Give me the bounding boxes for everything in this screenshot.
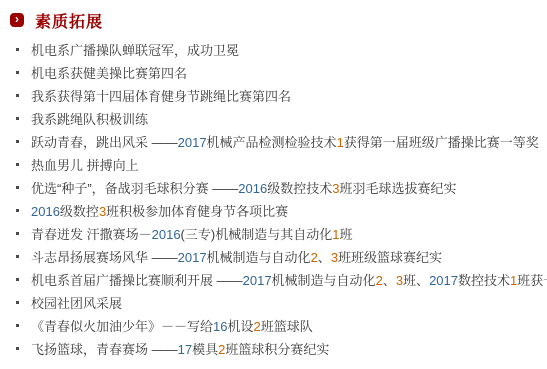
square-bullet-icon bbox=[16, 347, 19, 350]
list-item-text: 我系获得第十四届体育健身节跳绳比赛第四名 bbox=[31, 86, 291, 105]
list-item[interactable]: 《青春似火加油少年》－－写给16机设2班篮球队 bbox=[0, 314, 547, 337]
list-item-text: 《青春似火加油少年》－－写给16机设2班篮球队 bbox=[31, 316, 313, 335]
section-arrow-icon: › bbox=[10, 13, 24, 27]
page: › 素质拓展 机电系广播操队蝉联冠军，成功卫冕机电系获健美操比赛第四名我系获得第… bbox=[0, 0, 547, 369]
list-item[interactable]: 优选“种子”，备战羽毛球积分赛 ——2016级数控技术3班羽毛球选拔赛纪实 bbox=[0, 176, 547, 199]
list-item-text: 机电系获健美操比赛第四名 bbox=[31, 63, 187, 82]
arrow-right-glyph: › bbox=[15, 13, 19, 25]
list-item-text: 斗志昂扬展赛场风华 ——2017机械制造与自动化2、3班班级篮球赛纪实 bbox=[31, 247, 442, 266]
square-bullet-icon bbox=[16, 301, 19, 304]
list-item[interactable]: 青春迸发 汗撒赛场－2016(三专)机械制造与其自动化1班 bbox=[0, 222, 547, 245]
section-title: 素质拓展 bbox=[35, 9, 103, 32]
list-item[interactable]: 斗志昂扬展赛场风华 ——2017机械制造与自动化2、3班班级篮球赛纪实 bbox=[0, 245, 547, 268]
article-list: 机电系广播操队蝉联冠军，成功卫冕机电系获健美操比赛第四名我系获得第十四届体育健身… bbox=[0, 38, 547, 360]
list-item-text: 青春迸发 汗撒赛场－2016(三专)机械制造与其自动化1班 bbox=[31, 224, 352, 243]
list-item-text: 跃动青春，跳出风采 ——2017机械产品检测检验技术1获得第一届班级广播操比赛一… bbox=[31, 132, 539, 151]
square-bullet-icon bbox=[16, 140, 19, 143]
list-item[interactable]: 机电系获健美操比赛第四名 bbox=[0, 61, 547, 84]
list-item-text: 飞扬篮球，青春赛场 ——17模具2班篮球积分赛纪实 bbox=[31, 339, 329, 358]
list-item-text: 2016级数控3班积极参加体育健身节各项比赛 bbox=[31, 201, 288, 220]
list-item[interactable]: 校园社团风采展 bbox=[0, 291, 547, 314]
list-item[interactable]: 2016级数控3班积极参加体育健身节各项比赛 bbox=[0, 199, 547, 222]
list-item-text: 我系跳绳队积极训练 bbox=[31, 109, 148, 128]
list-item[interactable]: 我系跳绳队积极训练 bbox=[0, 107, 547, 130]
square-bullet-icon bbox=[16, 278, 19, 281]
list-item[interactable]: 我系获得第十四届体育健身节跳绳比赛第四名 bbox=[0, 84, 547, 107]
list-item-text: 优选“种子”，备战羽毛球积分赛 ——2016级数控技术3班羽毛球选拔赛纪实 bbox=[31, 178, 456, 197]
square-bullet-icon bbox=[16, 255, 19, 258]
square-bullet-icon bbox=[16, 186, 19, 189]
list-item[interactable]: 飞扬篮球，青春赛场 ——17模具2班篮球积分赛纪实 bbox=[0, 337, 547, 360]
list-item[interactable]: 机电系广播操队蝉联冠军，成功卫冕 bbox=[0, 38, 547, 61]
square-bullet-icon bbox=[16, 117, 19, 120]
square-bullet-icon bbox=[16, 209, 19, 212]
list-item-text: 机电系广播操队蝉联冠军，成功卫冕 bbox=[31, 40, 239, 59]
list-item[interactable]: 热血男儿 拼搏向上 bbox=[0, 153, 547, 176]
section-header: › 素质拓展 bbox=[0, 10, 547, 30]
square-bullet-icon bbox=[16, 71, 19, 74]
list-item-text: 机电系首届广播操比赛顺利开展 ——2017机械制造与自动化2、3班、2017数控… bbox=[31, 270, 547, 289]
square-bullet-icon bbox=[16, 232, 19, 235]
square-bullet-icon bbox=[16, 48, 19, 51]
list-item-text: 校园社团风采展 bbox=[31, 293, 122, 312]
list-item-text: 热血男儿 拼搏向上 bbox=[31, 155, 139, 174]
square-bullet-icon bbox=[16, 163, 19, 166]
list-item[interactable]: 机电系首届广播操比赛顺利开展 ——2017机械制造与自动化2、3班、2017数控… bbox=[0, 268, 547, 291]
square-bullet-icon bbox=[16, 94, 19, 97]
list-item[interactable]: 跃动青春，跳出风采 ——2017机械产品检测检验技术1获得第一届班级广播操比赛一… bbox=[0, 130, 547, 153]
square-bullet-icon bbox=[16, 324, 19, 327]
